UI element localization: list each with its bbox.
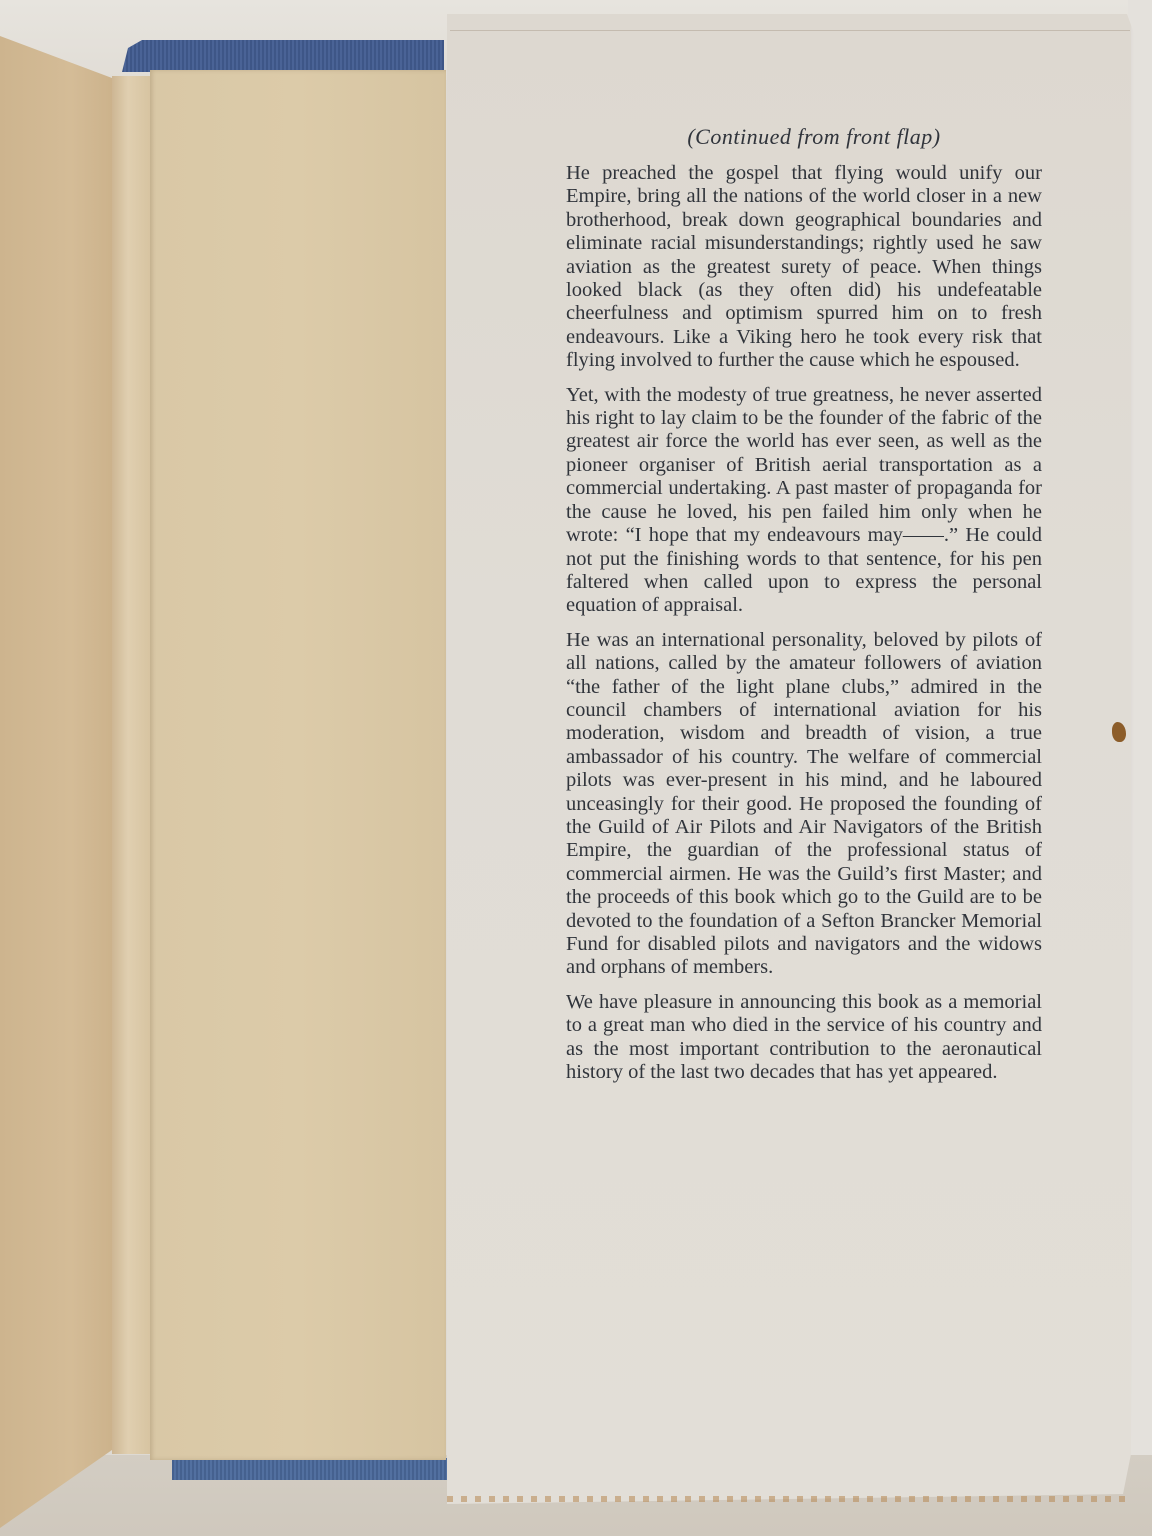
blue-cloth-tail: [172, 1458, 454, 1480]
table-backdrop-right: [1128, 0, 1152, 1536]
blurb-paragraph: Yet, with the modesty of true greatness,…: [566, 384, 1042, 618]
flap-blurb: (Continued from front flap) He preached …: [566, 124, 1042, 1095]
blurb-paragraph: He was an international personality, bel…: [566, 629, 1042, 980]
blurb-paragraph: We have pleasure in announcing this book…: [566, 991, 1042, 1085]
front-board-inner: [0, 0, 118, 1536]
blue-cloth-headcap: [122, 40, 444, 72]
flap-fold-line: [450, 18, 1130, 31]
blurb-paragraph: He preached the gospel that flying would…: [566, 162, 1042, 373]
book-hinge: [112, 76, 152, 1454]
flap-edge-wear: [447, 1496, 1129, 1502]
flap-heading: (Continued from front flap): [566, 124, 1042, 150]
endpaper: [150, 70, 446, 1460]
